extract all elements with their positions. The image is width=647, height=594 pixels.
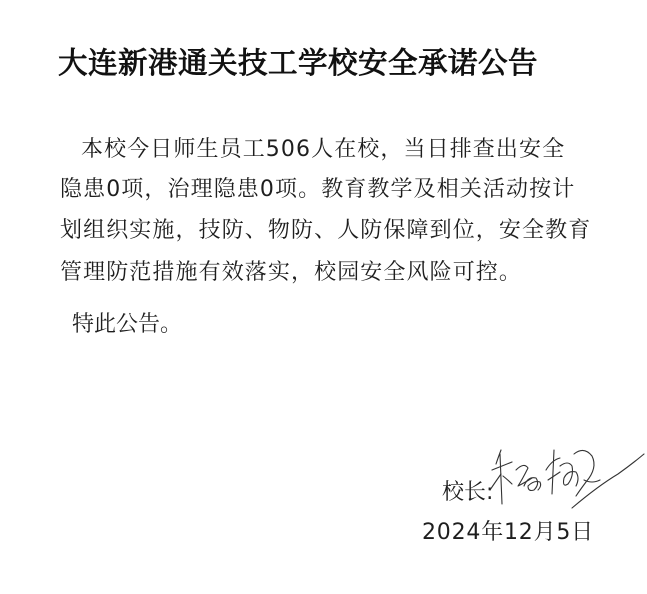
body-line: 管理防范措施有效落实，校园安全风险可控。 bbox=[60, 255, 522, 286]
principal-label: 校长: bbox=[442, 475, 493, 506]
body-line: 本校今日师生员工506人在校，当日排查出安全 bbox=[81, 132, 565, 163]
signature-image bbox=[488, 440, 646, 512]
notice-title: 大连新港通关技工学校安全承诺公告 bbox=[58, 40, 538, 82]
notice-date: 2024年12月5日 bbox=[422, 515, 594, 546]
body-line: 划组织实施，技防、物防、人防保障到位，安全教育 bbox=[60, 213, 591, 244]
closing-statement: 特此公告。 bbox=[72, 307, 182, 338]
body-line: 隐患0项，治理隐患0项。教育教学及相关活动按计 bbox=[60, 172, 575, 203]
